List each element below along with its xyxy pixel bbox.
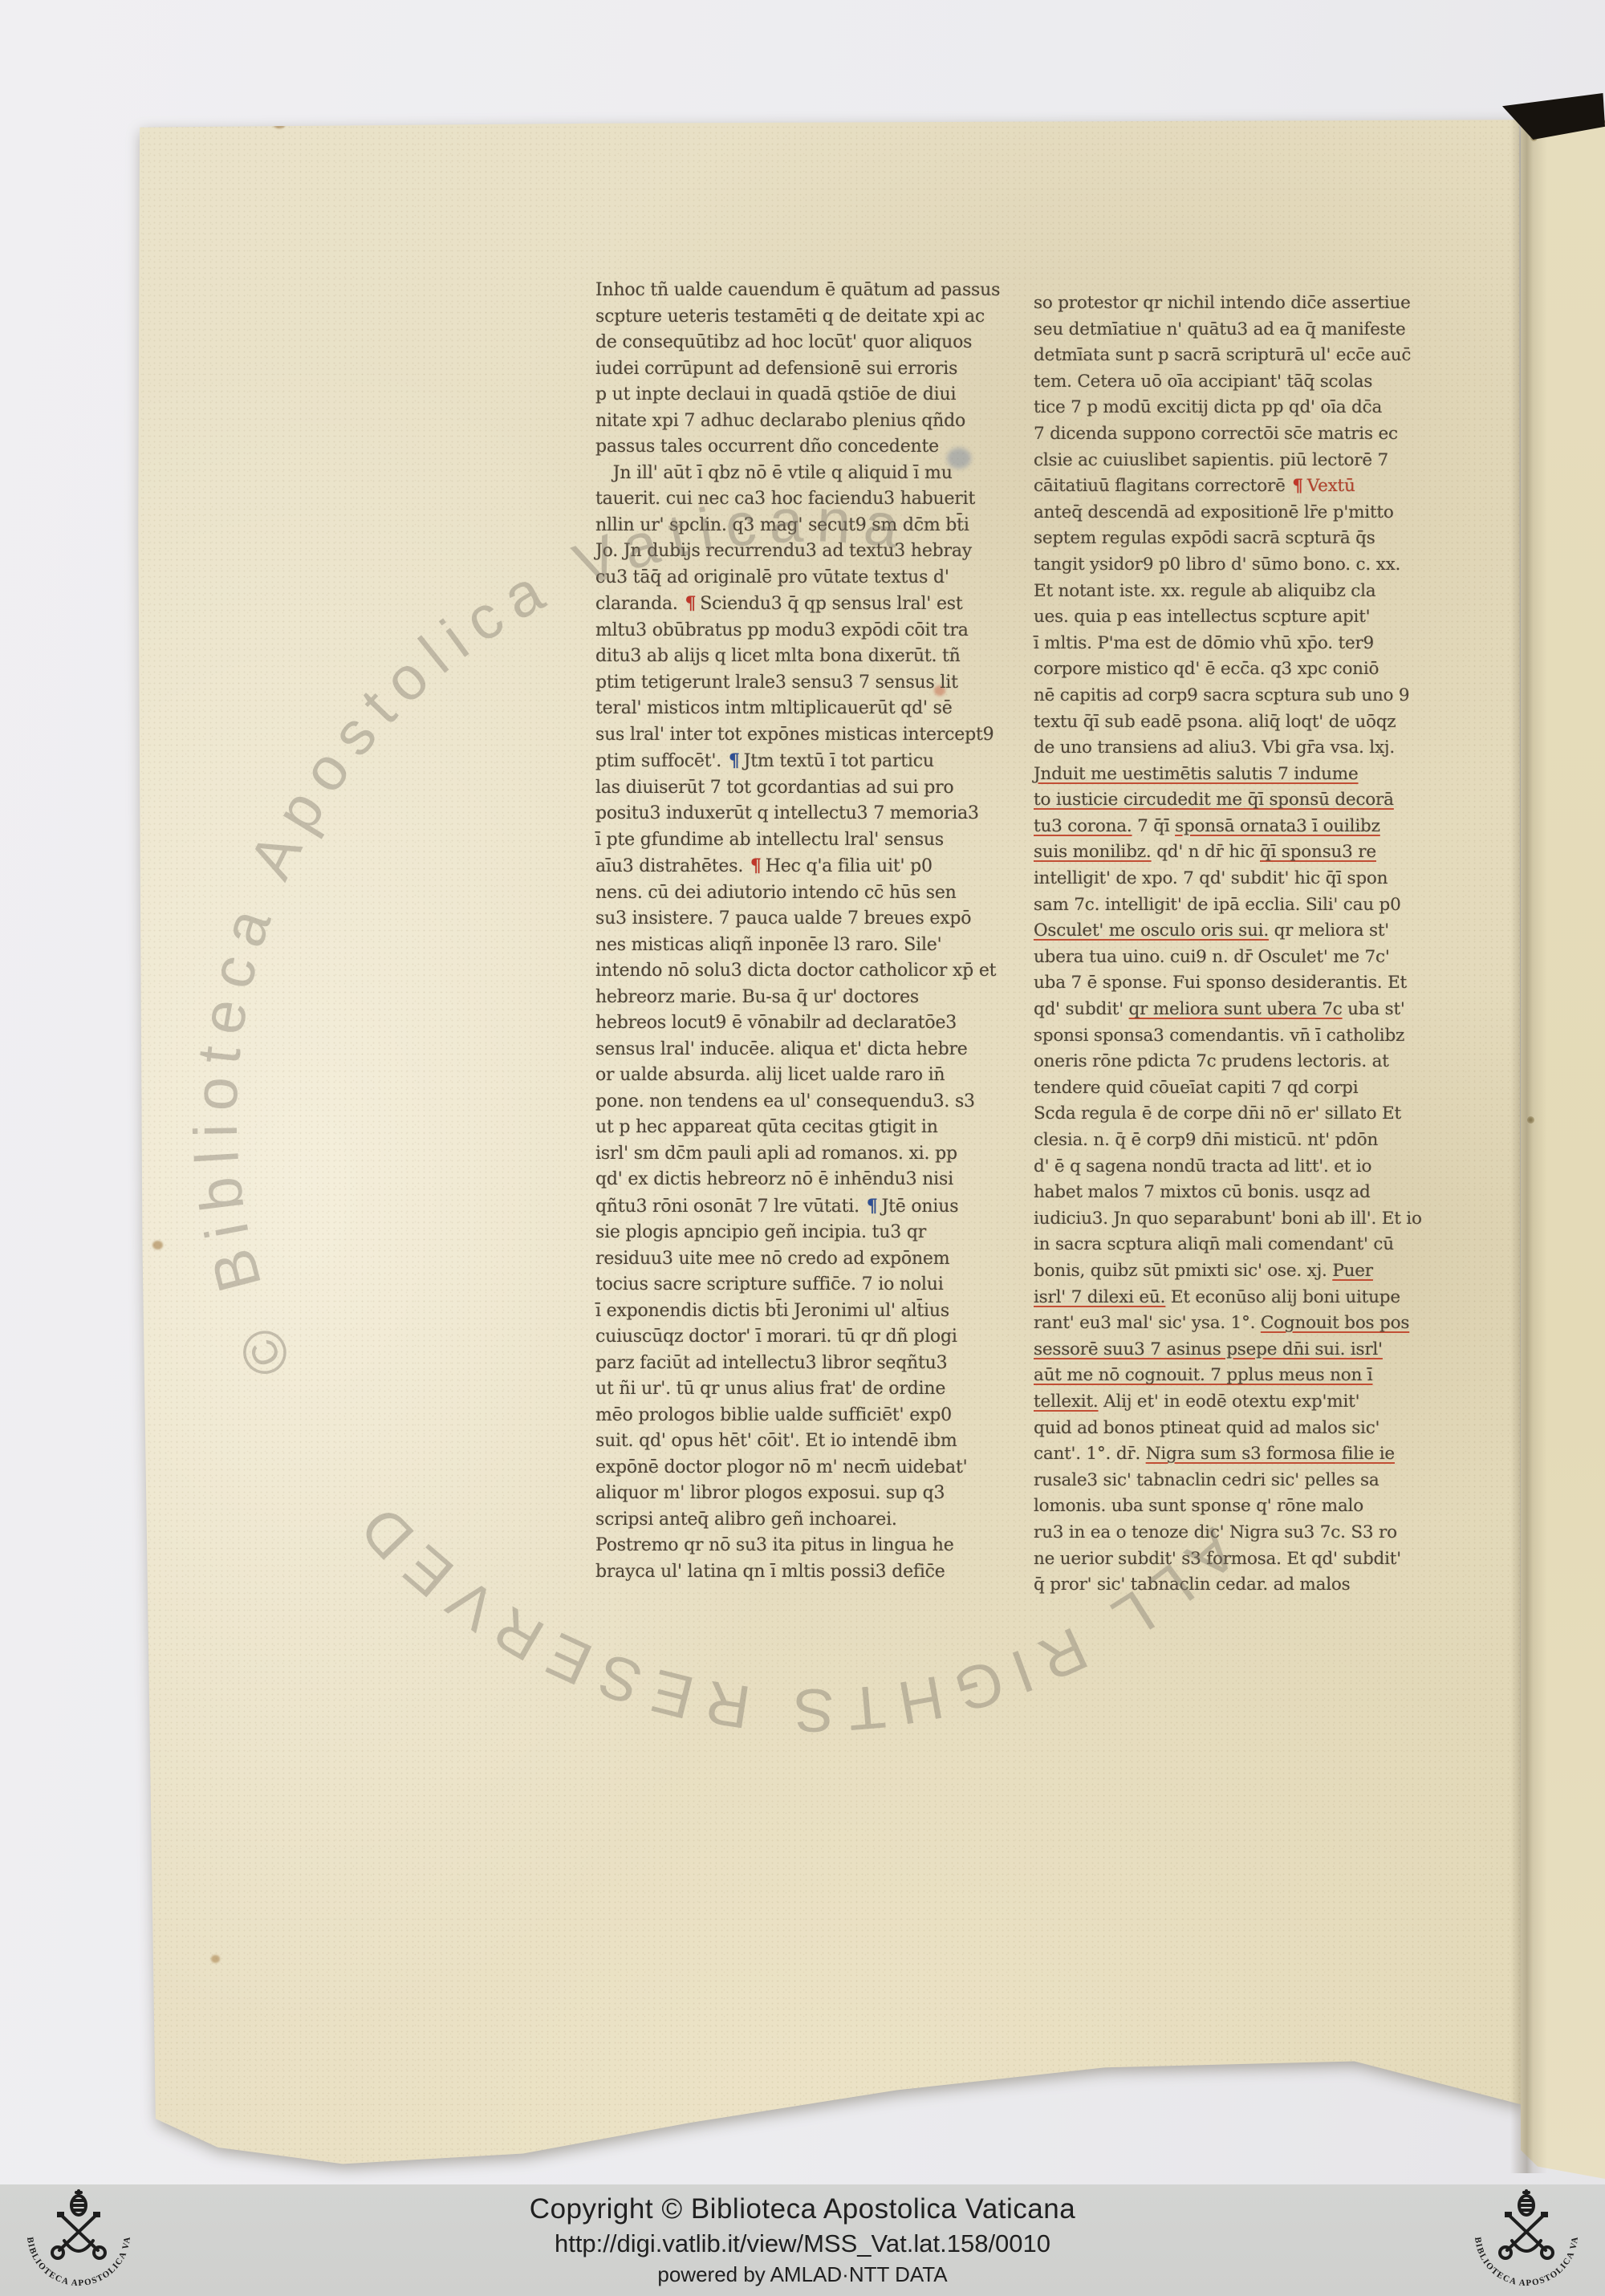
text-segment: Inhoc tñ ualde cauendum ē quātum ad pass… [595, 280, 1000, 300]
manuscript-line: quid ad bonos ptineat quid ad malos sic' [1034, 1416, 1499, 1442]
manuscript-line: tangit ysidor9 p0 libro d' sūmo bono. c.… [1034, 552, 1499, 579]
text-segment: quid ad bonos ptineat quid ad malos sic' [1034, 1418, 1379, 1438]
manuscript-line: positu3 induxerūt q intellectu3 7 memori… [595, 801, 997, 827]
manuscript-line: sensus lral' inducēe. aliqua et' dicta h… [595, 1037, 997, 1063]
text-segment: nē capitis ad corp9 sacra scptura sub un… [1034, 685, 1409, 705]
red-underlined-text: Cognouit bos pos [1261, 1313, 1409, 1333]
manuscript-line: sie plogis apncipio geñ incipia. tu3 qr [595, 1220, 997, 1246]
manuscript-line: nllin ur' spclin. q3 mag' secut9 sm dc̄m… [595, 513, 997, 539]
manuscript-line: clesia. n. q̄ ē corp9 dn̄i misticū. nt' … [1034, 1128, 1499, 1154]
text-segment: ubera tua uino. cui9 n. dr̄ Osculet' me … [1034, 947, 1390, 967]
manuscript-line: passus tales occurrent dño concedente [595, 434, 997, 461]
manuscript-line: intelligit' de xpo. 7 qd' subdit' hic q̄… [1034, 866, 1499, 892]
rubric-text: Vextū [1307, 476, 1355, 496]
manuscript-line: ut ñi ur'. tū qr unus alius frat' de ord… [595, 1376, 997, 1403]
text-segment: cāitatiuū flagitans correctorē [1034, 476, 1290, 496]
text-segment: p ut inpte declaui in quadā qstiōe de di… [595, 384, 956, 404]
manuscript-line: cant'. 1°. dr̄. Nigra sum s3 formosa fil… [1034, 1441, 1499, 1468]
capitulum-mark-red: ¶ [1290, 476, 1306, 496]
text-segment: qd' n dr̄ hic [1152, 842, 1260, 862]
red-underlined-text: tu3 corona. [1034, 816, 1132, 836]
manuscript-line: hebreorz marie. Bu-sa q̄ ur' doctores [595, 985, 997, 1011]
text-segment: Jtē onius [882, 1197, 959, 1217]
text-segment: or ualde absurda. alij licet ualde raro … [595, 1065, 945, 1085]
manuscript-line: tem. Cetera uō oīa accipiant' tāq̄ scola… [1034, 369, 1499, 396]
capitulum-mark-red: ¶ [749, 855, 766, 876]
manuscript-line: brayca ul' latina qn ī mltis possi3 defi… [595, 1559, 997, 1586]
manuscript-line: ī exponendis dictis bt̄i Jeronimi ul' al… [595, 1298, 997, 1325]
text-segment: nitate xpi 7 adhuc declarabo plenius qñd… [595, 411, 965, 431]
text-segment: intelligit' de xpo. 7 qd' subdit' hic q̄… [1034, 868, 1388, 888]
text-segment: ut ñi ur'. tū qr unus alius frat' de ord… [595, 1379, 945, 1399]
text-segment: Sciendu3 q̄ qp sensus lral' est [700, 594, 962, 614]
manuscript-line: iudiciu3. Jn quo separabunt' boni ab ill… [1034, 1206, 1499, 1233]
text-segment: clsie ac cuiuslibet sapientis. piū lecto… [1034, 450, 1388, 470]
manuscript-line: cuiuscūqz doctor' ī morari. tū qr dñ plo… [595, 1324, 997, 1351]
manuscript-line: tice 7 p modū excitij dicta pp qd' oīa d… [1034, 395, 1499, 421]
manuscript-line: tellexit. Alij et' in eodē otextu exp'mi… [1034, 1389, 1499, 1416]
text-segment: ues. quia p eas intellectus scpture apit… [1034, 607, 1370, 627]
red-underlined-text: q̄ī sponsu3 re [1260, 842, 1376, 862]
text-segment: anteq̄ descendā ad expositionē lr̄e p'mi… [1034, 502, 1394, 522]
manuscript-line: in sacra scptura aliqn̄ mali comendant' … [1034, 1232, 1499, 1258]
text-segment: rusale3 sic' tabnaclin cedri sic' pelles… [1034, 1470, 1379, 1490]
text-segment: Jtm textū ī tot particu [744, 751, 934, 771]
text-segment: in sacra scptura aliqn̄ mali comendant' … [1034, 1234, 1394, 1254]
facing-page-edge [1521, 120, 1605, 2179]
red-underlined-text: sessorē suu3 7 asinus psepe dn̄i sui. is… [1034, 1339, 1383, 1359]
text-segment: de consequūtibz ad hoc locūt' quor aliqu… [595, 332, 972, 352]
text-segment: tendere quid cōueīat capiti 7 qd corpi [1034, 1078, 1358, 1098]
manuscript-line: nens. cū dei adiutorio intendo cc̄ hūs s… [595, 880, 997, 907]
red-underlined-text: tellexit. [1034, 1392, 1099, 1412]
text-segment: 7 dicenda suppono correctōi sc̄e matris … [1034, 424, 1398, 444]
text-segment: Hec q'a filia uit' p0 [766, 856, 933, 876]
manuscript-line: clsie ac cuiuslibet sapientis. piū lecto… [1034, 448, 1499, 474]
manuscript-line: aūt me nō cognouit. 7 pplus meus non ī [1034, 1363, 1499, 1389]
manuscript-line: uba 7 ē sponse. Fui sponso desiderantis.… [1034, 970, 1499, 997]
red-underlined-text: qr meliora sunt ubera 7c [1129, 999, 1343, 1019]
text-segment: detmīata sunt p sacrā scripturā ul' ecc̄… [1034, 345, 1411, 365]
text-segment: sponsi sponsa3 comendantis. vn̄ ī cathol… [1034, 1026, 1404, 1046]
text-segment: Alij et' in eodē otextu exp'mit' [1099, 1392, 1360, 1412]
manuscript-line: scpture ueteris testamēti q de deitate x… [595, 304, 997, 331]
text-segment: scpture ueteris testamēti q de deitate x… [595, 307, 985, 327]
stain [273, 119, 286, 128]
manuscript-line: ne uerior subdit' s3 formosa. Et qd' sub… [1034, 1546, 1499, 1573]
text-segment: las diuiserūt 7 tot gcordantias ad sui p… [595, 778, 953, 798]
papal-keys-emblem-icon [1500, 2191, 1553, 2258]
text-segment: ru3 in ea o tenoze dic' Nigra su3 7c. S3… [1034, 1522, 1397, 1542]
text-segment: su3 insistere. 7 pauca ualde 7 breues ex… [595, 908, 971, 929]
manuscript-line: tendere quid cōueīat capiti 7 qd corpi [1034, 1075, 1499, 1102]
manuscript-line: so protestor qr nichil intendo dic̄e ass… [1034, 291, 1499, 317]
text-segment: isrl' sm dc̄m pauli apli ad romanos. xi.… [595, 1144, 957, 1164]
text-segment: Et econūso alij boni uitupe [1165, 1287, 1400, 1307]
capitulum-mark-blue: ¶ [727, 750, 744, 771]
text-segment: ī exponendis dictis bt̄i Jeronimi ul' al… [595, 1301, 949, 1321]
manuscript-line: corpore mistico qd' ē ecc̄a. q3 xpc coni… [1034, 656, 1499, 683]
manuscript-line: su3 insistere. 7 pauca ualde 7 breues ex… [595, 906, 997, 933]
text-segment: cu3 tāq̄ ad originalē pro vūtate textus … [595, 567, 949, 587]
text-column-left: Inhoc tñ ualde cauendum ē quātum ad pass… [595, 278, 997, 1585]
manuscript-line: Inhoc tñ ualde cauendum ē quātum ad pass… [595, 278, 997, 304]
manuscript-line: nitate xpi 7 adhuc declarabo plenius qñd… [595, 408, 997, 435]
text-segment: qr meliora st' [1269, 920, 1389, 941]
text-segment: qd' subdit' [1034, 999, 1129, 1019]
manuscript-line: anteq̄ descendā ad expositionē lr̄e p'mi… [1034, 500, 1499, 526]
red-underlined-text: aūt me nō cognouit. 7 pplus meus non ī [1034, 1365, 1372, 1385]
text-segment: septem regulas expōdi sacrā scpturā q̄s [1034, 528, 1375, 548]
text-segment: sus lral' inter tot expōnes misticas int… [595, 725, 993, 745]
manuscript-line: sessorē suu3 7 asinus psepe dn̄i sui. is… [1034, 1337, 1499, 1363]
manuscript-line: ut p hec appareat qūta cecitas gtigit in [595, 1115, 997, 1141]
text-segment: cuiuscūqz doctor' ī morari. tū qr dñ plo… [595, 1327, 957, 1347]
text-segment: sie plogis apncipio geñ incipia. tu3 qr [595, 1222, 926, 1242]
red-underlined-text: Nigra sum s3 formosa filie ie [1146, 1444, 1395, 1464]
manuscript-line: ues. quia p eas intellectus scpture apit… [1034, 604, 1499, 631]
manuscript-line: mltu3 obūbratus pp modu3 expōdi cōit tra [595, 618, 997, 644]
text-segment: iudiciu3. Jn quo separabunt' boni ab ill… [1034, 1209, 1422, 1229]
manuscript-line: isrl' sm dc̄m pauli apli ad romanos. xi.… [595, 1141, 997, 1168]
text-segment: clesia. n. q̄ ē corp9 dn̄i misticū. nt' … [1034, 1130, 1378, 1150]
text-segment: de uno transiens ad aliu3. Vbi gr̄a vsa.… [1034, 738, 1395, 758]
text-segment: tangit ysidor9 p0 libro d' sūmo bono. c.… [1034, 555, 1400, 575]
manuscript-line: qd' ex dictis hebreorz nō ē inhēndu3 nis… [595, 1167, 997, 1193]
manuscript-line: or ualde absurda. alij licet ualde raro … [595, 1063, 997, 1089]
manuscript-line: lomonis. uba sunt sponse q' rōne malo [1034, 1493, 1499, 1520]
red-underlined-text: Jnduit me uestimētis salutis 7 indume [1034, 764, 1359, 784]
text-segment: ptim tetigerunt lrale3 sensu3 7 sensus l… [595, 673, 958, 693]
manuscript-line: cu3 tāq̄ ad originalē pro vūtate textus … [595, 565, 997, 591]
text-segment: ne uerior subdit' s3 formosa. Et qd' sub… [1034, 1549, 1401, 1569]
manuscript-line: ī pte gfundime ab intellectu lral' sensu… [595, 827, 997, 854]
text-segment: tice 7 p modū excitij dicta pp qd' oīa d… [1034, 397, 1382, 417]
text-segment: q̄ pror' sic' tabnaclin cedar. ad malos [1034, 1575, 1350, 1595]
manuscript-line: ptim tetigerunt lrale3 sensu3 7 sensus l… [595, 670, 997, 697]
manuscript-line: sponsi sponsa3 comendantis. vn̄ ī cathol… [1034, 1023, 1499, 1050]
vatican-library-logo-right: BIBLIOTECA APOSTOLICA VATICANA [1470, 2188, 1583, 2294]
text-segment: tauerit. cui nec ca3 hoc faciendu3 habue… [595, 489, 975, 509]
manuscript-line: teral' misticos intm mltiplicauerūt qd' … [595, 696, 997, 722]
text-segment: ī pte gfundime ab intellectu lral' sensu… [595, 830, 944, 850]
manuscript-line: Scda regula ē de corpe dn̄i nō er' silla… [1034, 1101, 1499, 1128]
text-segment: suit. qd' opus hēt' cōit'. Et io intendē… [595, 1431, 957, 1451]
text-segment: teral' misticos intm mltiplicauerūt qd' … [595, 698, 953, 718]
manuscript-line: p ut inpte declaui in quadā qstiōe de di… [595, 382, 997, 408]
red-underlined-text: Osculet' me osculo oris sui. [1034, 920, 1269, 941]
manuscript-line: nes misticas aliqñ inponēe l3 raro. Sile… [595, 933, 997, 959]
red-underlined-text: suis monilibz. [1034, 842, 1152, 862]
manuscript-line: aīu3 distrahētes. ¶Hec q'a filia uit' p0 [595, 853, 997, 880]
red-underlined-text: sponsā ornata3 ī ouilibz [1175, 816, 1380, 836]
parchment-page-wrap: Inhoc tñ ualde cauendum ē quātum ad pass… [0, 0, 1605, 2296]
text-segment: ut p hec appareat qūta cecitas gtigit in [595, 1117, 938, 1137]
manuscript-line: septem regulas expōdi sacrā scpturā q̄s [1034, 526, 1499, 552]
manuscript-line: parz faciūt ad intellectu3 libror seqñtu… [595, 1351, 997, 1377]
manuscript-line: habet malos 7 mixtos cū bonis. usqz ad [1034, 1180, 1499, 1206]
text-segment: pone. non tendens ea ul' consequendu3. s… [595, 1091, 975, 1111]
footer-url: http://digi.vatlib.it/view/MSS_Vat.lat.1… [555, 2229, 1050, 2258]
text-segment: ditu3 ab alijs q licet mlta bona dixerūt… [595, 646, 961, 666]
footer-bar: Copyright © Biblioteca Apostolica Vatica… [0, 2184, 1605, 2296]
text-segment: Jn ill' aūt ī qbz nō ē vtile q aliquid ī… [595, 463, 953, 483]
text-segment: qd' ex dictis hebreorz nō ē inhēndu3 nis… [595, 1169, 953, 1189]
text-segment: Jo. Jn dubijs recurrendu3 ad textu3 hebr… [595, 541, 972, 561]
text-segment: qñtu3 rōni osonāt 7 lre vūtati. [595, 1197, 865, 1217]
text-segment: Scda regula ē de corpe dn̄i nō er' silla… [1034, 1103, 1401, 1124]
red-underlined-text: to iusticie circudedit me q̄ī sponsū dec… [1034, 790, 1394, 810]
manuscript-line: nē capitis ad corp9 sacra scptura sub un… [1034, 683, 1499, 709]
text-segment: tocius sacre scripture suffic̄e. 7 io no… [595, 1274, 944, 1294]
text-segment: sam 7c. intelligit' de ipā ecclia. Sili'… [1034, 895, 1401, 915]
manuscript-line: ru3 in ea o tenoze dic' Nigra su3 7c. S3… [1034, 1520, 1499, 1546]
manuscript-line: ubera tua uino. cui9 n. dr̄ Osculet' me … [1034, 945, 1499, 971]
manuscript-line: de uno transiens ad aliu3. Vbi gr̄a vsa.… [1034, 735, 1499, 762]
logo-caption: BIBLIOTECA APOSTOLICA VATICANA [22, 2188, 132, 2288]
text-segment: hebreorz marie. Bu-sa q̄ ur' doctores [595, 987, 919, 1007]
manuscript-line: cāitatiuū flagitans correctorē ¶Vextū [1034, 473, 1499, 500]
manuscript-line: expōnē doctor plogor nō m' necm̄ uidebat… [595, 1455, 997, 1481]
vatican-library-logo-left: BIBLIOTECA APOSTOLICA VATICANA [22, 2188, 135, 2294]
text-segment: iudei corrūpunt ad defensionē sui errori… [595, 359, 957, 379]
manuscript-line: Osculet' me osculo oris sui. qr meliora … [1034, 918, 1499, 945]
manuscript-line: Et notant iste. xx. regule ab aliquibz c… [1034, 579, 1499, 605]
capitulum-mark-blue: ¶ [865, 1196, 882, 1217]
manuscript-line: tauerit. cui nec ca3 hoc faciendu3 habue… [595, 486, 997, 513]
text-segment: mltu3 obūbratus pp modu3 expōdi cōit tra [595, 620, 969, 640]
text-segment: ptim suffocēt'. [595, 751, 727, 771]
capitulum-mark-red: ¶ [683, 593, 700, 614]
manuscript-line: to iusticie circudedit me q̄ī sponsū dec… [1034, 787, 1499, 814]
wormhole [1527, 1116, 1534, 1124]
manuscript-line: bonis, quibz sūt pmixti sic' ose. xj. Pu… [1034, 1258, 1499, 1285]
manuscript-line: oneris rōne pdicta 7c prudens lectoris. … [1034, 1049, 1499, 1075]
manuscript-line: tu3 corona. 7 q̄ī sponsā ornata3 ī ouili… [1034, 814, 1499, 840]
manuscript-line: tocius sacre scripture suffic̄e. 7 io no… [595, 1272, 997, 1298]
text-segment: rant' eu3 mal' sic' ysa. 1°. [1034, 1313, 1261, 1333]
text-segment: Et notant iste. xx. regule ab aliquibz c… [1034, 581, 1375, 601]
logo-caption: BIBLIOTECA APOSTOLICA VATICANA [1470, 2188, 1580, 2288]
footer-powered-by: powered by AMLAD·NTT DATA [657, 2262, 947, 2287]
text-segment: expōnē doctor plogor nō m' necm̄ uidebat… [595, 1457, 967, 1477]
text-segment: d' ē q sagena nondū tracta ad litt'. et … [1034, 1156, 1371, 1176]
manuscript-line: seu detmīatiue n' quātu3 ad ea q̄ manife… [1034, 317, 1499, 343]
manuscript-line: Jo. Jn dubijs recurrendu3 ad textu3 hebr… [595, 538, 997, 565]
manuscript-line: hebreos locut9 ē vōnabilr ad declaratōe3 [595, 1010, 997, 1037]
text-segment: oneris rōne pdicta 7c prudens lectoris. … [1034, 1051, 1389, 1071]
manuscript-line: aliquor m' libror plogos exposui. sup q3 [595, 1481, 997, 1507]
text-segment: claranda. [595, 594, 683, 614]
text-segment: residuu3 uite mee nō credo ad expōnem [595, 1249, 949, 1269]
text-column-right: so protestor qr nichil intendo dic̄e ass… [1034, 291, 1499, 1599]
manuscript-line: ptim suffocēt'. ¶Jtm textū ī tot particu [595, 748, 997, 775]
manuscript-line: de consequūtibz ad hoc locūt' quor aliqu… [595, 330, 997, 356]
text-segment: intendo nō solu3 dicta doctor catholicor… [595, 961, 996, 981]
text-segment: hebreos locut9 ē vōnabilr ad declaratōe3 [595, 1013, 957, 1033]
text-segment: positu3 induxerūt q intellectu3 7 memori… [595, 803, 979, 823]
manuscript-line: sus lral' inter tot expōnes misticas int… [595, 722, 997, 749]
text-segment: uba 7 ē sponse. Fui sponso desiderantis.… [1034, 973, 1407, 993]
text-segment: nllin ur' spclin. q3 mag' secut9 sm dc̄m… [595, 515, 969, 535]
manuscript-line: claranda. ¶Sciendu3 q̄ qp sensus lral' e… [595, 591, 997, 618]
text-segment: ī mltis. P'ma est de dōmio vhū xp̄o. ter… [1034, 633, 1374, 653]
manuscript-line: las diuiserūt 7 tot gcordantias ad sui p… [595, 775, 997, 802]
text-segment: cant'. 1°. dr̄. [1034, 1444, 1146, 1464]
manuscript-line: detmīata sunt p sacrā scripturā ul' ecc̄… [1034, 343, 1499, 369]
manuscript-line: pone. non tendens ea ul' consequendu3. s… [595, 1089, 997, 1115]
manuscript-line: textu q̄ī sub eadē psona. aliq̄ loqt' de… [1034, 709, 1499, 736]
text-segment: habet malos 7 mixtos cū bonis. usqz ad [1034, 1182, 1371, 1202]
manuscript-line: d' ē q sagena nondū tracta ad litt'. et … [1034, 1154, 1499, 1181]
text-segment: lomonis. uba sunt sponse q' rōne malo [1034, 1496, 1363, 1516]
manuscript-line: q̄ pror' sic' tabnaclin cedar. ad malos [1034, 1572, 1499, 1599]
text-segment: tem. Cetera uō oīa accipiant' tāq̄ scola… [1034, 372, 1372, 392]
footer-text-block: Copyright © Biblioteca Apostolica Vatica… [530, 2193, 1075, 2287]
manuscript-line: Jn ill' aūt ī qbz nō ē vtile q aliquid ī… [595, 461, 997, 487]
manuscript-line: qd' subdit' qr meliora sunt ubera 7c uba… [1034, 997, 1499, 1023]
text-segment: seu detmīatiue n' quātu3 ad ea q̄ manife… [1034, 319, 1406, 339]
red-underlined-text: Puer [1332, 1261, 1373, 1281]
manuscript-line: isrl' 7 dilexi eū. Et econūso alij boni … [1034, 1285, 1499, 1311]
footer-copyright: Copyright © Biblioteca Apostolica Vatica… [530, 2193, 1075, 2225]
text-segment: nens. cū dei adiutorio intendo cc̄ hūs s… [595, 883, 957, 903]
text-segment: scripsi anteq̄ alibro geñ inchoarei. [595, 1510, 897, 1530]
text-segment: mēo prologos biblie ualde sufficiēt' exp… [595, 1405, 952, 1425]
text-segment: nes misticas aliqñ inponēe l3 raro. Sile… [595, 935, 941, 955]
text-segment: 7 q̄ī [1132, 816, 1176, 836]
text-segment: uba st' [1343, 999, 1405, 1019]
text-segment: corpore mistico qd' ē ecc̄a. q3 xpc coni… [1034, 659, 1379, 679]
manuscript-line: residuu3 uite mee nō credo ad expōnem [595, 1246, 997, 1273]
manuscript-line: mēo prologos biblie ualde sufficiēt' exp… [595, 1403, 997, 1429]
manuscript-line: 7 dicenda suppono correctōi sc̄e matris … [1034, 421, 1499, 448]
red-underlined-text: isrl' 7 dilexi eū. [1034, 1287, 1165, 1307]
manuscript-line: ī mltis. P'ma est de dōmio vhū xp̄o. ter… [1034, 631, 1499, 657]
text-segment: aīu3 distrahētes. [595, 856, 749, 876]
text-segment: brayca ul' latina qn ī mltis possi3 defi… [595, 1562, 945, 1582]
manuscript-line: ditu3 ab alijs q licet mlta bona dixerūt… [595, 644, 997, 670]
manuscript-line: sam 7c. intelligit' de ipā ecclia. Sili'… [1034, 892, 1499, 919]
manuscript-line: suis monilibz. qd' n dr̄ hic q̄ī sponsu3… [1034, 839, 1499, 866]
text-segment: aliquor m' libror plogos exposui. sup q3 [595, 1483, 945, 1503]
manuscript-line: Postremo qr nō su3 ita pitus in lingua h… [595, 1533, 997, 1559]
text-segment: passus tales occurrent dño concedente [595, 437, 939, 457]
manuscript-line: scripsi anteq̄ alibro geñ inchoarei. [595, 1507, 997, 1534]
manuscript-line: Jnduit me uestimētis salutis 7 indume [1034, 762, 1499, 788]
papal-keys-emblem-icon [52, 2191, 105, 2258]
stain [152, 1241, 163, 1250]
text-segment: sensus lral' inducēe. aliqua et' dicta h… [595, 1039, 968, 1059]
manuscript-line: suit. qd' opus hēt' cōit'. Et io intendē… [595, 1428, 997, 1455]
digitized-manuscript-scan: Inhoc tñ ualde cauendum ē quātum ad pass… [0, 0, 1605, 2296]
manuscript-line: rusale3 sic' tabnaclin cedri sic' pelles… [1034, 1468, 1499, 1494]
stain [211, 1955, 220, 1963]
text-segment: Postremo qr nō su3 ita pitus in lingua h… [595, 1535, 954, 1555]
manuscript-line: rant' eu3 mal' sic' ysa. 1°. Cognouit bo… [1034, 1311, 1499, 1337]
text-segment: so protestor qr nichil intendo dic̄e ass… [1034, 293, 1411, 313]
manuscript-line: intendo nō solu3 dicta doctor catholicor… [595, 958, 997, 985]
text-segment: bonis, quibz sūt pmixti sic' ose. xj. [1034, 1261, 1332, 1281]
text-segment: parz faciūt ad intellectu3 libror seqñtu… [595, 1353, 947, 1373]
manuscript-line: iudei corrūpunt ad defensionē sui errori… [595, 356, 997, 383]
manuscript-line: qñtu3 rōni osonāt 7 lre vūtati. ¶Jtē oni… [595, 1193, 997, 1221]
text-segment: textu q̄ī sub eadē psona. aliq̄ loqt' de… [1034, 712, 1396, 732]
